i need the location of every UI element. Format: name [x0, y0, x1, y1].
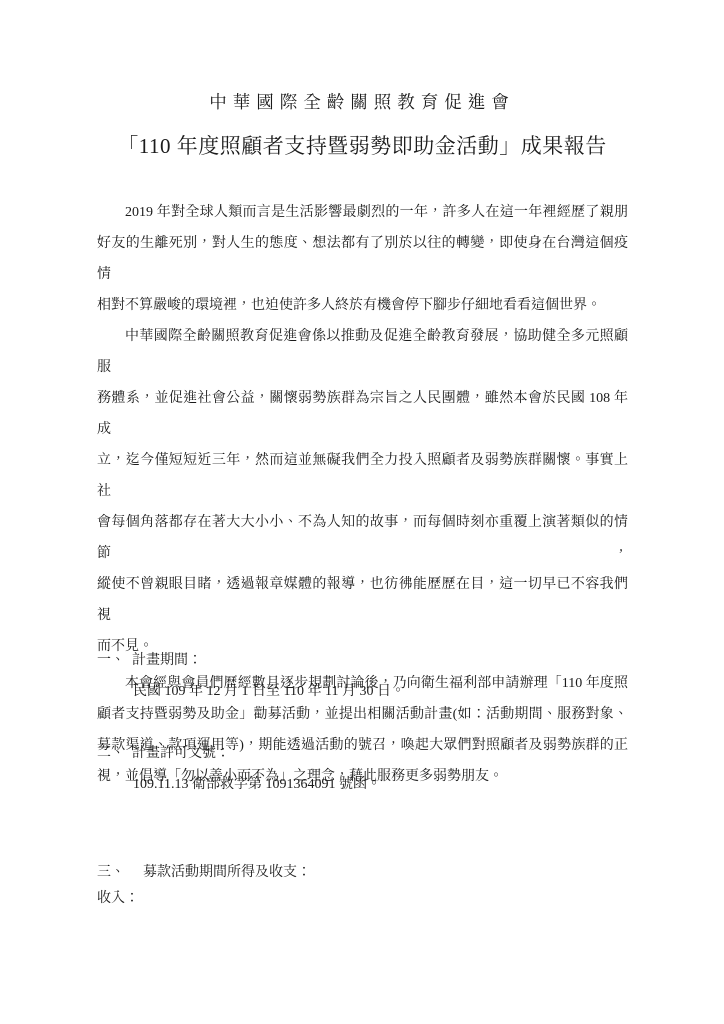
body-line: 2019 年對全球人類而言是生活影響最劇烈的一年，許多人在這一年裡經歷了親朋 — [97, 197, 628, 228]
section-fundraising-income: 三、募款活動期間所得及收支： 收入： — [97, 860, 628, 912]
section-heading: 三、募款活動期間所得及收支： — [97, 860, 628, 886]
paragraph: 中華國際全齡關照教育促進會係以推動及促進全齡教育發展，協助健全多元照顧服 務體系… — [97, 321, 628, 662]
body-line: 相對不算嚴峻的環境裡，也迫使許多人終於有機會停下腳步仔細地看看這個世界。 — [97, 290, 628, 321]
section-heading: 二、計畫許可文號： — [97, 738, 628, 769]
section-permit-number: 二、計畫許可文號： 109.11.13 衛部救字第 1091364091 號函。 — [97, 738, 628, 800]
section-plan-period: 一、計畫期間： 民國 109 年 12 月 1 日至 110 年 11 月 30… — [97, 645, 628, 707]
section-body: 民國 109 年 12 月 1 日至 110 年 11 月 30 日。 — [97, 676, 628, 707]
section-body: 收入： — [97, 886, 628, 912]
section-heading: 一、計畫期間： — [97, 645, 628, 676]
section-body: 109.11.13 衛部救字第 1091364091 號函。 — [97, 769, 628, 800]
paragraph: 2019 年對全球人類而言是生活影響最劇烈的一年，許多人在這一年裡經歷了親朋 好… — [97, 197, 628, 321]
document-title: 中華國際全齡關照教育促進會 — [0, 90, 724, 114]
section-heading-label: 計畫期間： — [132, 653, 202, 668]
body-line: 會每個角落都存在著大大小小、不為人知的故事，而每個時刻亦重覆上演著類似的情節， — [97, 507, 628, 569]
section-heading-label: 計畫許可文號： — [132, 746, 230, 761]
section-number: 三、 — [97, 860, 125, 886]
document-subtitle: 「110 年度照顧者支持暨弱勢即助金活動」成果報告 — [0, 131, 724, 161]
document-page: 中華國際全齡關照教育促進會 「110 年度照顧者支持暨弱勢即助金活動」成果報告 … — [0, 0, 724, 1024]
body-line: 縱使不曾親眼目睹，透過報章媒體的報導，也彷彿能歷歷在目，這一切早已不容我們視 — [97, 569, 628, 631]
body-line: 好友的生離死別，對人生的態度、想法都有了別於以往的轉變，即使身在台灣這個疫情 — [97, 228, 628, 290]
section-number: 二、 — [97, 738, 125, 769]
body-line: 立，迄今僅短短近三年，然而這並無礙我們全力投入照顧者及弱勢族群關懷。事實上社 — [97, 445, 628, 507]
section-heading-label: 募款活動期間所得及收支： — [143, 865, 311, 880]
body-line: 中華國際全齡關照教育促進會係以推動及促進全齡教育發展，協助健全多元照顧服 — [97, 321, 628, 383]
body-line: 務體系，並促進社會公益，關懷弱勢族群為宗旨之人民團體，雖然本會於民國 108 年… — [97, 383, 628, 445]
section-number: 一、 — [97, 645, 125, 676]
